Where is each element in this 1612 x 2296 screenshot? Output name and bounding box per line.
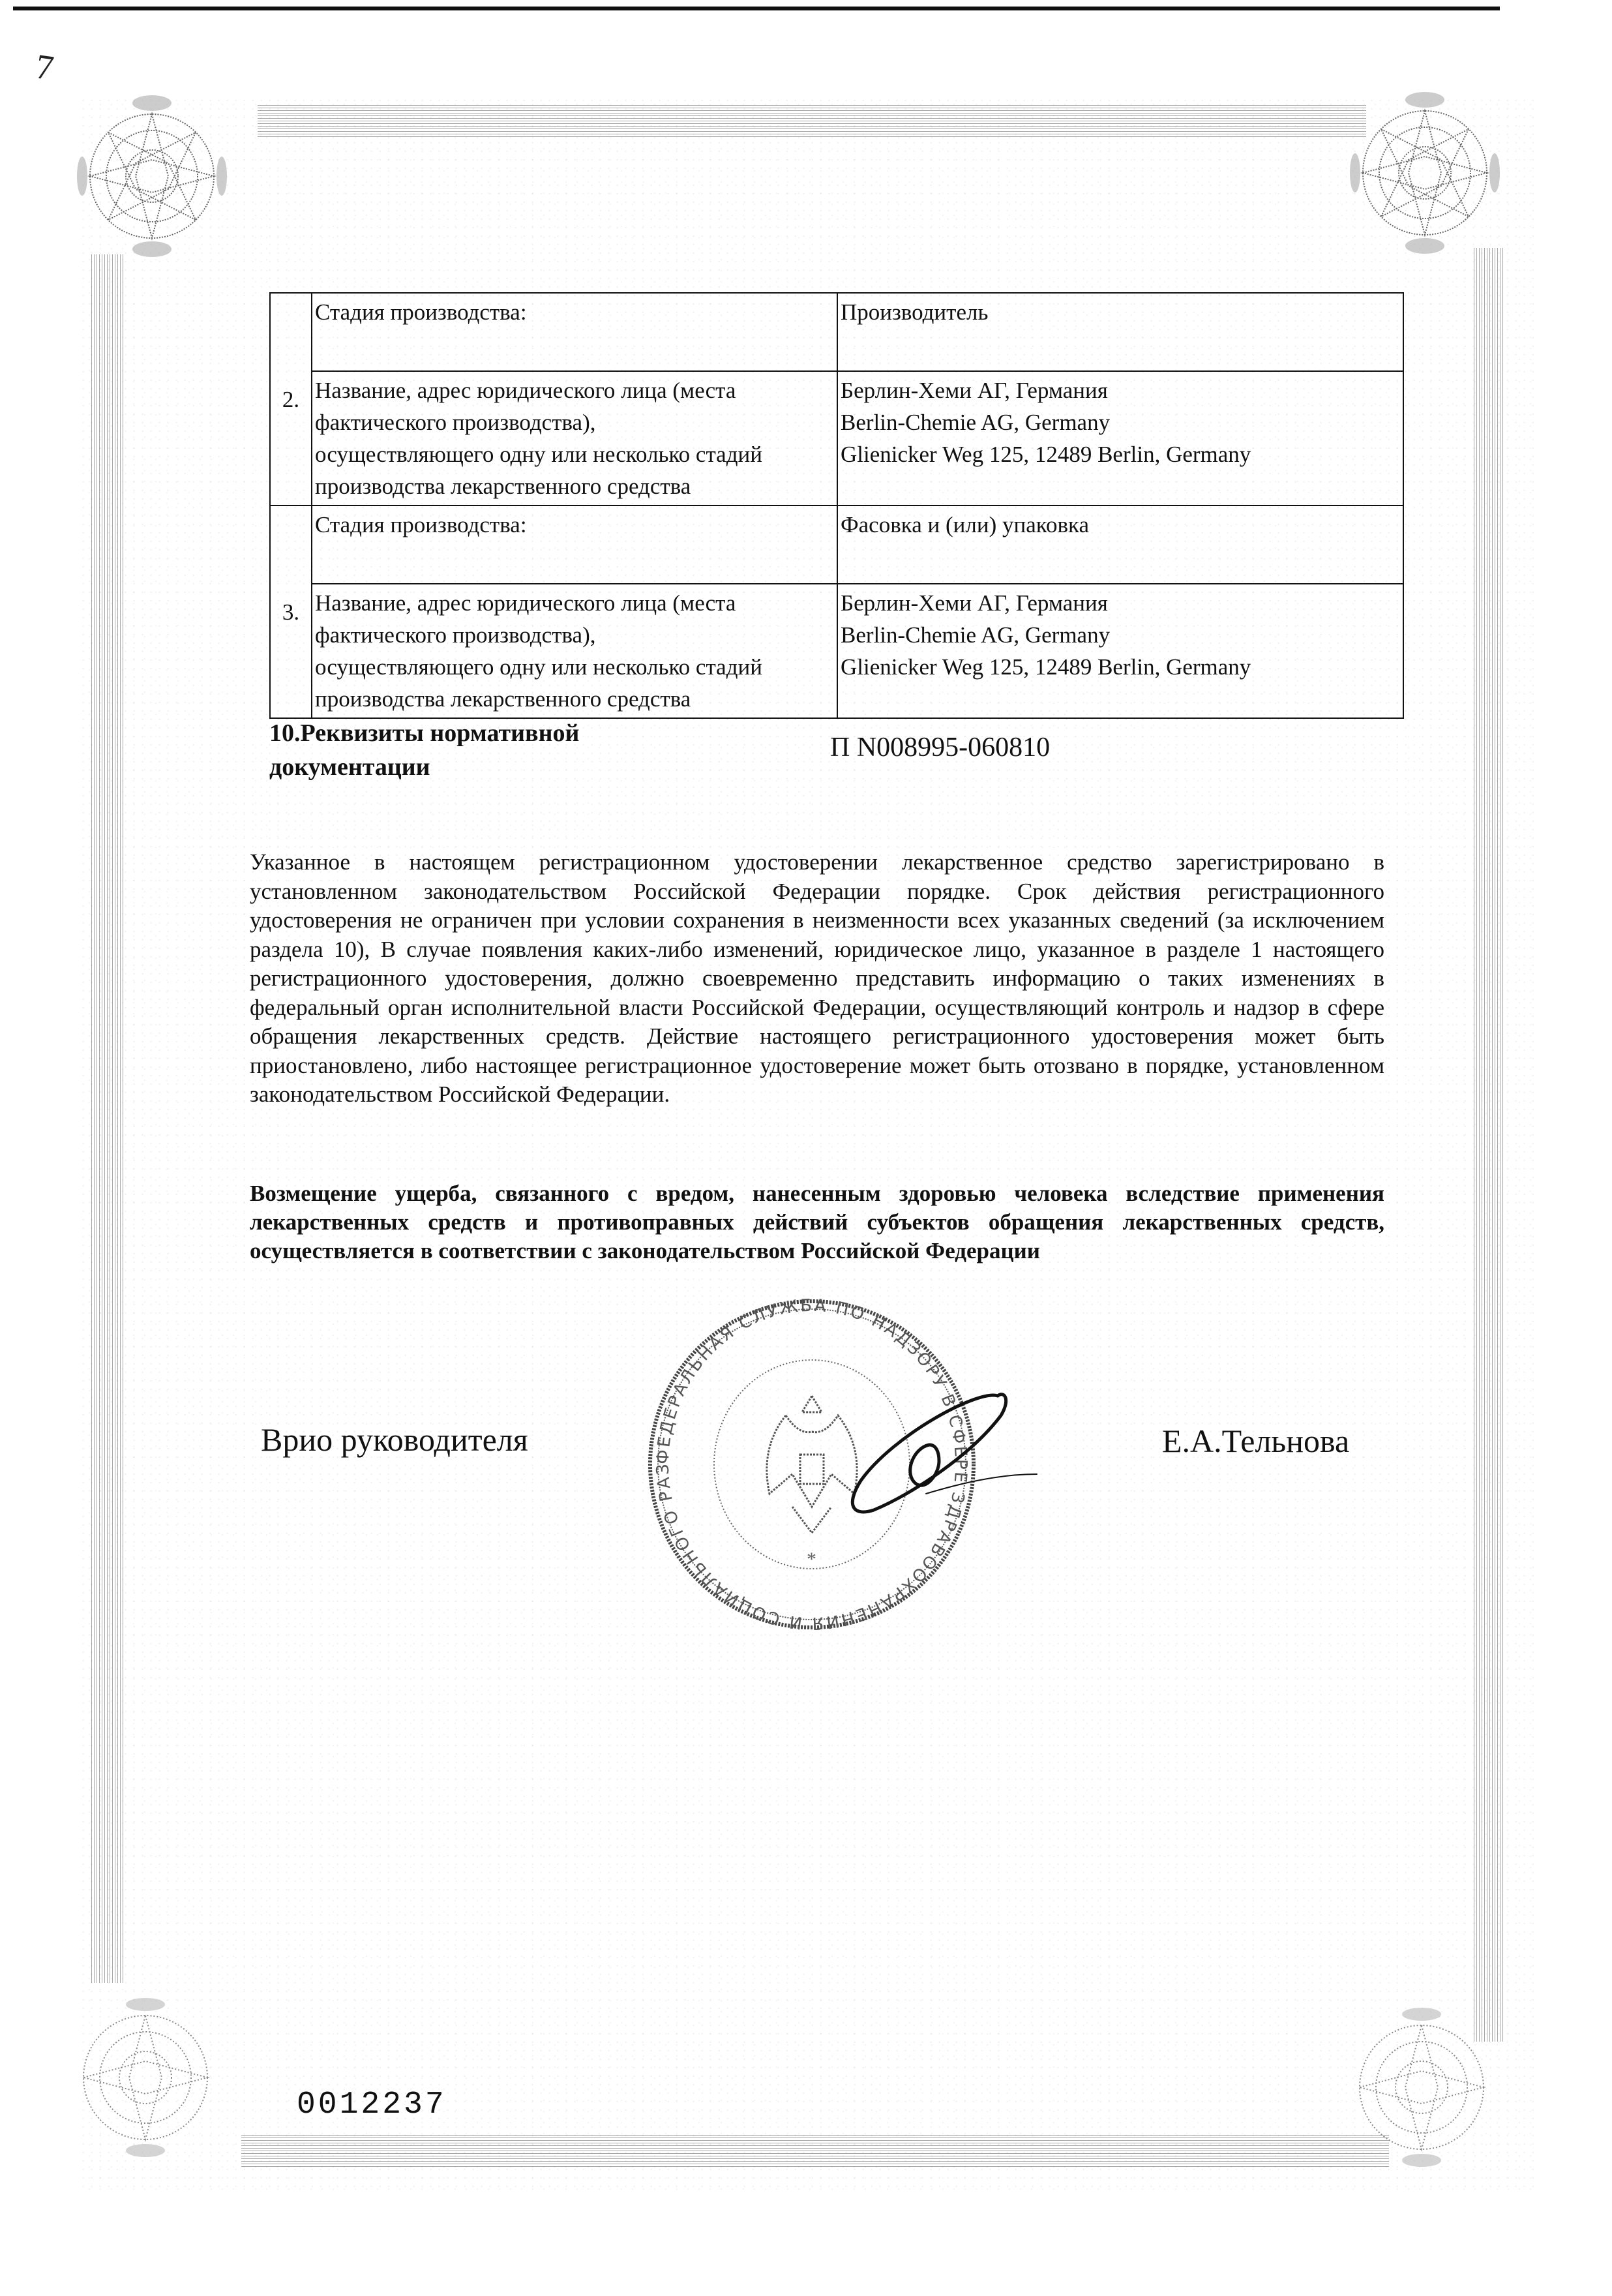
table-row: Название, адрес юридического лица (места… — [270, 584, 1403, 718]
stage-value: Производитель — [837, 293, 1403, 371]
entity-label: Название, адрес юридического лица (места… — [312, 371, 837, 506]
signatory-role: Врио руководителя — [261, 1421, 528, 1458]
rosette-icon — [70, 1993, 220, 2162]
entity-value: Берлин-Хеми АГ, Германия Berlin-Chemie A… — [837, 371, 1403, 506]
table-row: Название, адрес юридического лица (места… — [270, 371, 1403, 506]
rosette-icon — [1350, 88, 1500, 258]
table-row: 3. Стадия производства: Фасовка и (или) … — [270, 506, 1403, 584]
corner-rosette-top-right — [1350, 88, 1500, 258]
corner-rosette-top-left — [77, 91, 227, 261]
scan-edge-line — [13, 7, 1500, 10]
rosette-icon — [1347, 2002, 1497, 2172]
rosette-icon — [77, 91, 227, 261]
table-row: 2. Стадия производства: Производитель — [270, 293, 1403, 371]
validity-paragraph: Указанное в настоящем регистрационном уд… — [250, 848, 1384, 1110]
frame-bottom-band — [241, 2134, 1389, 2167]
frame-left-band — [91, 254, 124, 1983]
row-number: 3. — [270, 506, 312, 718]
section-10-title: 10.Реквизиты нормативной документации — [269, 716, 693, 784]
stage-value: Фасовка и (или) упаковка — [837, 506, 1403, 584]
handwritten-page-mark: 7 — [33, 46, 56, 88]
row-number: 2. — [270, 293, 312, 506]
stage-label: Стадия производства: — [312, 506, 837, 584]
corner-rosette-bottom-right — [1347, 2002, 1497, 2172]
handwritten-signature — [783, 1376, 1043, 1526]
section-10-value: П N008995-060810 — [830, 732, 1050, 763]
svg-text:*: * — [807, 1548, 816, 1570]
stage-label: Стадия производства: — [312, 293, 837, 371]
frame-right-band — [1474, 248, 1504, 2042]
production-stages-table: 2. Стадия производства: Производитель На… — [269, 292, 1404, 719]
damages-paragraph: Возмещение ущерба, связанного с вредом, … — [250, 1179, 1384, 1265]
section-10-normative-docs: 10.Реквизиты нормативной документации П … — [269, 716, 1404, 788]
entity-value: Берлин-Хеми АГ, Германия Berlin-Chemie A… — [837, 584, 1403, 718]
signatory-name: Е.А.Тельнова — [1162, 1422, 1349, 1460]
form-serial-number: 0012237 — [297, 2087, 447, 2122]
corner-rosette-bottom-left — [70, 1993, 220, 2162]
frame-top-band — [258, 104, 1366, 137]
entity-label: Название, адрес юридического лица (места… — [312, 584, 837, 718]
